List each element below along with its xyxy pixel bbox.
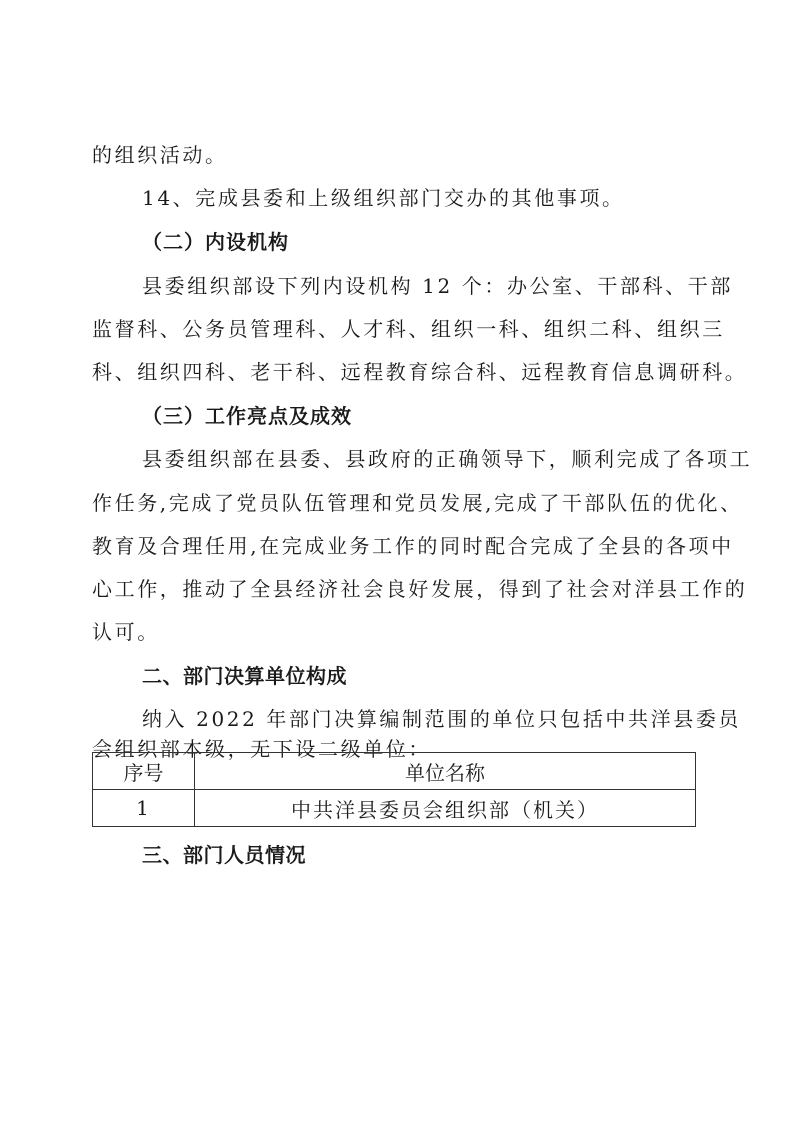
section-heading-budget-units: 二、部门决算单位构成: [142, 662, 746, 690]
paragraph-achievements-line5: 认可。: [92, 618, 696, 646]
paragraph-achievements-line2: 作任务,完成了党员队伍管理和党员发展,完成了干部队伍的优化、: [92, 489, 696, 517]
paragraph-internal-units-line3: 科、组织四科、老干科、远程教育综合科、远程教育信息调研科。: [92, 358, 696, 386]
table-header-row: 序号 单位名称: [93, 753, 696, 790]
paragraph-internal-units-line2: 监督科、公务员管理科、人才科、组织一科、组织二科、组织三: [92, 315, 696, 343]
paragraph-achievements-line1: 县委组织部在县委、县政府的正确领导下，顺利完成了各项工: [142, 445, 696, 473]
paragraph-achievements-line3: 教育及合理任用,在完成业务工作的同时配合完成了全县的各项中: [92, 532, 696, 560]
table-header-unit-name: 单位名称: [195, 753, 696, 790]
paragraph-item-14: 14、完成县委和上级组织部门交办的其他事项。: [142, 184, 696, 212]
subheading-achievements: （三）工作亮点及成效: [142, 402, 746, 430]
table-header-index: 序号: [93, 753, 195, 790]
paragraph-internal-units-line1: 县委组织部设下列内设机构 12 个：办公室、干部科、干部: [142, 272, 696, 300]
budget-units-table: 序号 单位名称 1 中共洋县委员会组织部（机关）: [92, 752, 696, 827]
paragraph-continuation: 的组织活动。: [92, 141, 696, 169]
table-cell-unit-name: 中共洋县委员会组织部（机关）: [195, 790, 696, 827]
table-cell-index: 1: [93, 790, 195, 827]
table-row: 1 中共洋县委员会组织部（机关）: [93, 790, 696, 827]
paragraph-achievements-line4: 心工作，推动了全县经济社会良好发展，得到了社会对洋县工作的: [92, 575, 696, 603]
paragraph-budget-units-line1: 纳入 2022 年部门决算编制范围的单位只包括中共洋县委员: [142, 705, 696, 733]
section-heading-personnel: 三、部门人员情况: [142, 841, 746, 869]
subheading-internal-units: （二）内设机构: [142, 228, 746, 256]
